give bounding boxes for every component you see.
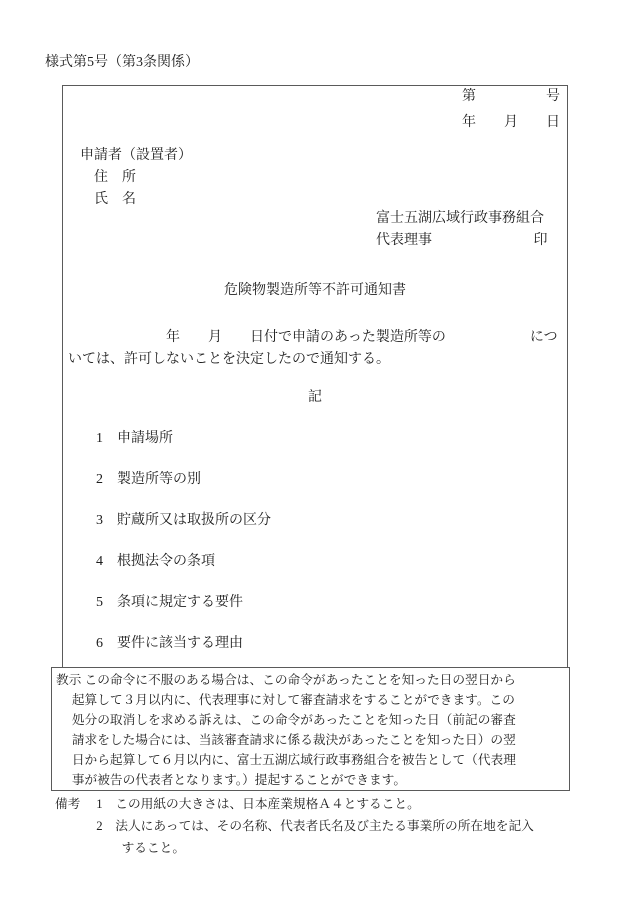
date-line: 年 月 日: [462, 112, 560, 134]
issuer-organization: 富士五湖広域行政事務組合: [376, 208, 548, 230]
body-line-1: 年 月 日付で申請のあった製造所等の につ: [68, 327, 558, 349]
instruction-line: 処分の取消しを求める訴えは、この命令があったことを知った日（前記の審査: [56, 710, 565, 730]
notice-form-box: 第 号 年 月 日 申請者（設置者） 住 所 氏 名 富士五湖広域行政事務組合 …: [62, 85, 568, 668]
instruction-line: 教示 この命令に不服のある場合は、この命令があったことを知った日の翌日から: [56, 670, 565, 690]
issuer-block: 富士五湖広域行政事務組合 代表理事 印: [376, 208, 548, 252]
list-item: 5 条項に規定する要件: [68, 592, 271, 613]
applicant-label: 申請者（設置者）: [80, 145, 192, 167]
document-number-line: 第 号: [462, 86, 560, 108]
issuer-representative-seal-line: 代表理事 印: [376, 230, 548, 252]
list-item: 2 製造所等の別: [68, 469, 271, 490]
instruction-line: 請求をした場合には、当該審査請求に係る裁決があったことを知った日）の翌: [56, 730, 565, 750]
applicant-address-label: 住 所: [80, 167, 192, 189]
body-line-2: いては、許可しないことを決定したので通知する。: [68, 349, 558, 371]
instruction-line: 事が被告の代表者となります。）提起することができます。: [56, 770, 565, 790]
list-item: 6 要件に該当する理由: [68, 633, 271, 654]
remarks-block: 備考 1 この用紙の大きさは、日本産業規格Ａ４とすること。 2 法人にあっては、…: [55, 794, 534, 859]
item-list: 1 申請場所 2 製造所等の別 3 貯蔵所又は取扱所の区分 4 根拠法令の条項 …: [68, 428, 271, 674]
instruction-line: 起算して３月以内に、代表理事に対して審査請求をすることができます。この: [56, 690, 565, 710]
form-number-label: 様式第5号（第3条関係）: [45, 53, 199, 73]
document-title: 危険物製造所等不許可通知書: [63, 280, 567, 302]
applicant-name-label: 氏 名: [80, 189, 192, 211]
remarks-line: 備考 1 この用紙の大きさは、日本産業規格Ａ４とすること。: [55, 794, 534, 816]
appeal-instruction-box: 教示 この命令に不服のある場合は、この命令があったことを知った日の翌日から 起算…: [51, 667, 570, 791]
document-page: 様式第5号（第3条関係） 第 号 年 月 日 申請者（設置者） 住 所 氏 名 …: [0, 0, 630, 903]
record-heading: 記: [63, 387, 567, 409]
body-paragraph: 年 月 日付で申請のあった製造所等の につ いては、許可しないことを決定したので…: [68, 327, 558, 371]
applicant-block: 申請者（設置者） 住 所 氏 名: [80, 145, 192, 211]
list-item: 1 申請場所: [68, 428, 271, 449]
instruction-line: 日から起算して６月以内に、富士五湖広域行政事務組合を被告として（代表理: [56, 750, 565, 770]
list-item: 4 根拠法令の条項: [68, 551, 271, 572]
remarks-line: すること。: [55, 838, 534, 860]
remarks-line: 2 法人にあっては、その名称、代表者氏名及び主たる事業所の所在地を記入: [55, 816, 534, 838]
list-item: 3 貯蔵所又は取扱所の区分: [68, 510, 271, 531]
